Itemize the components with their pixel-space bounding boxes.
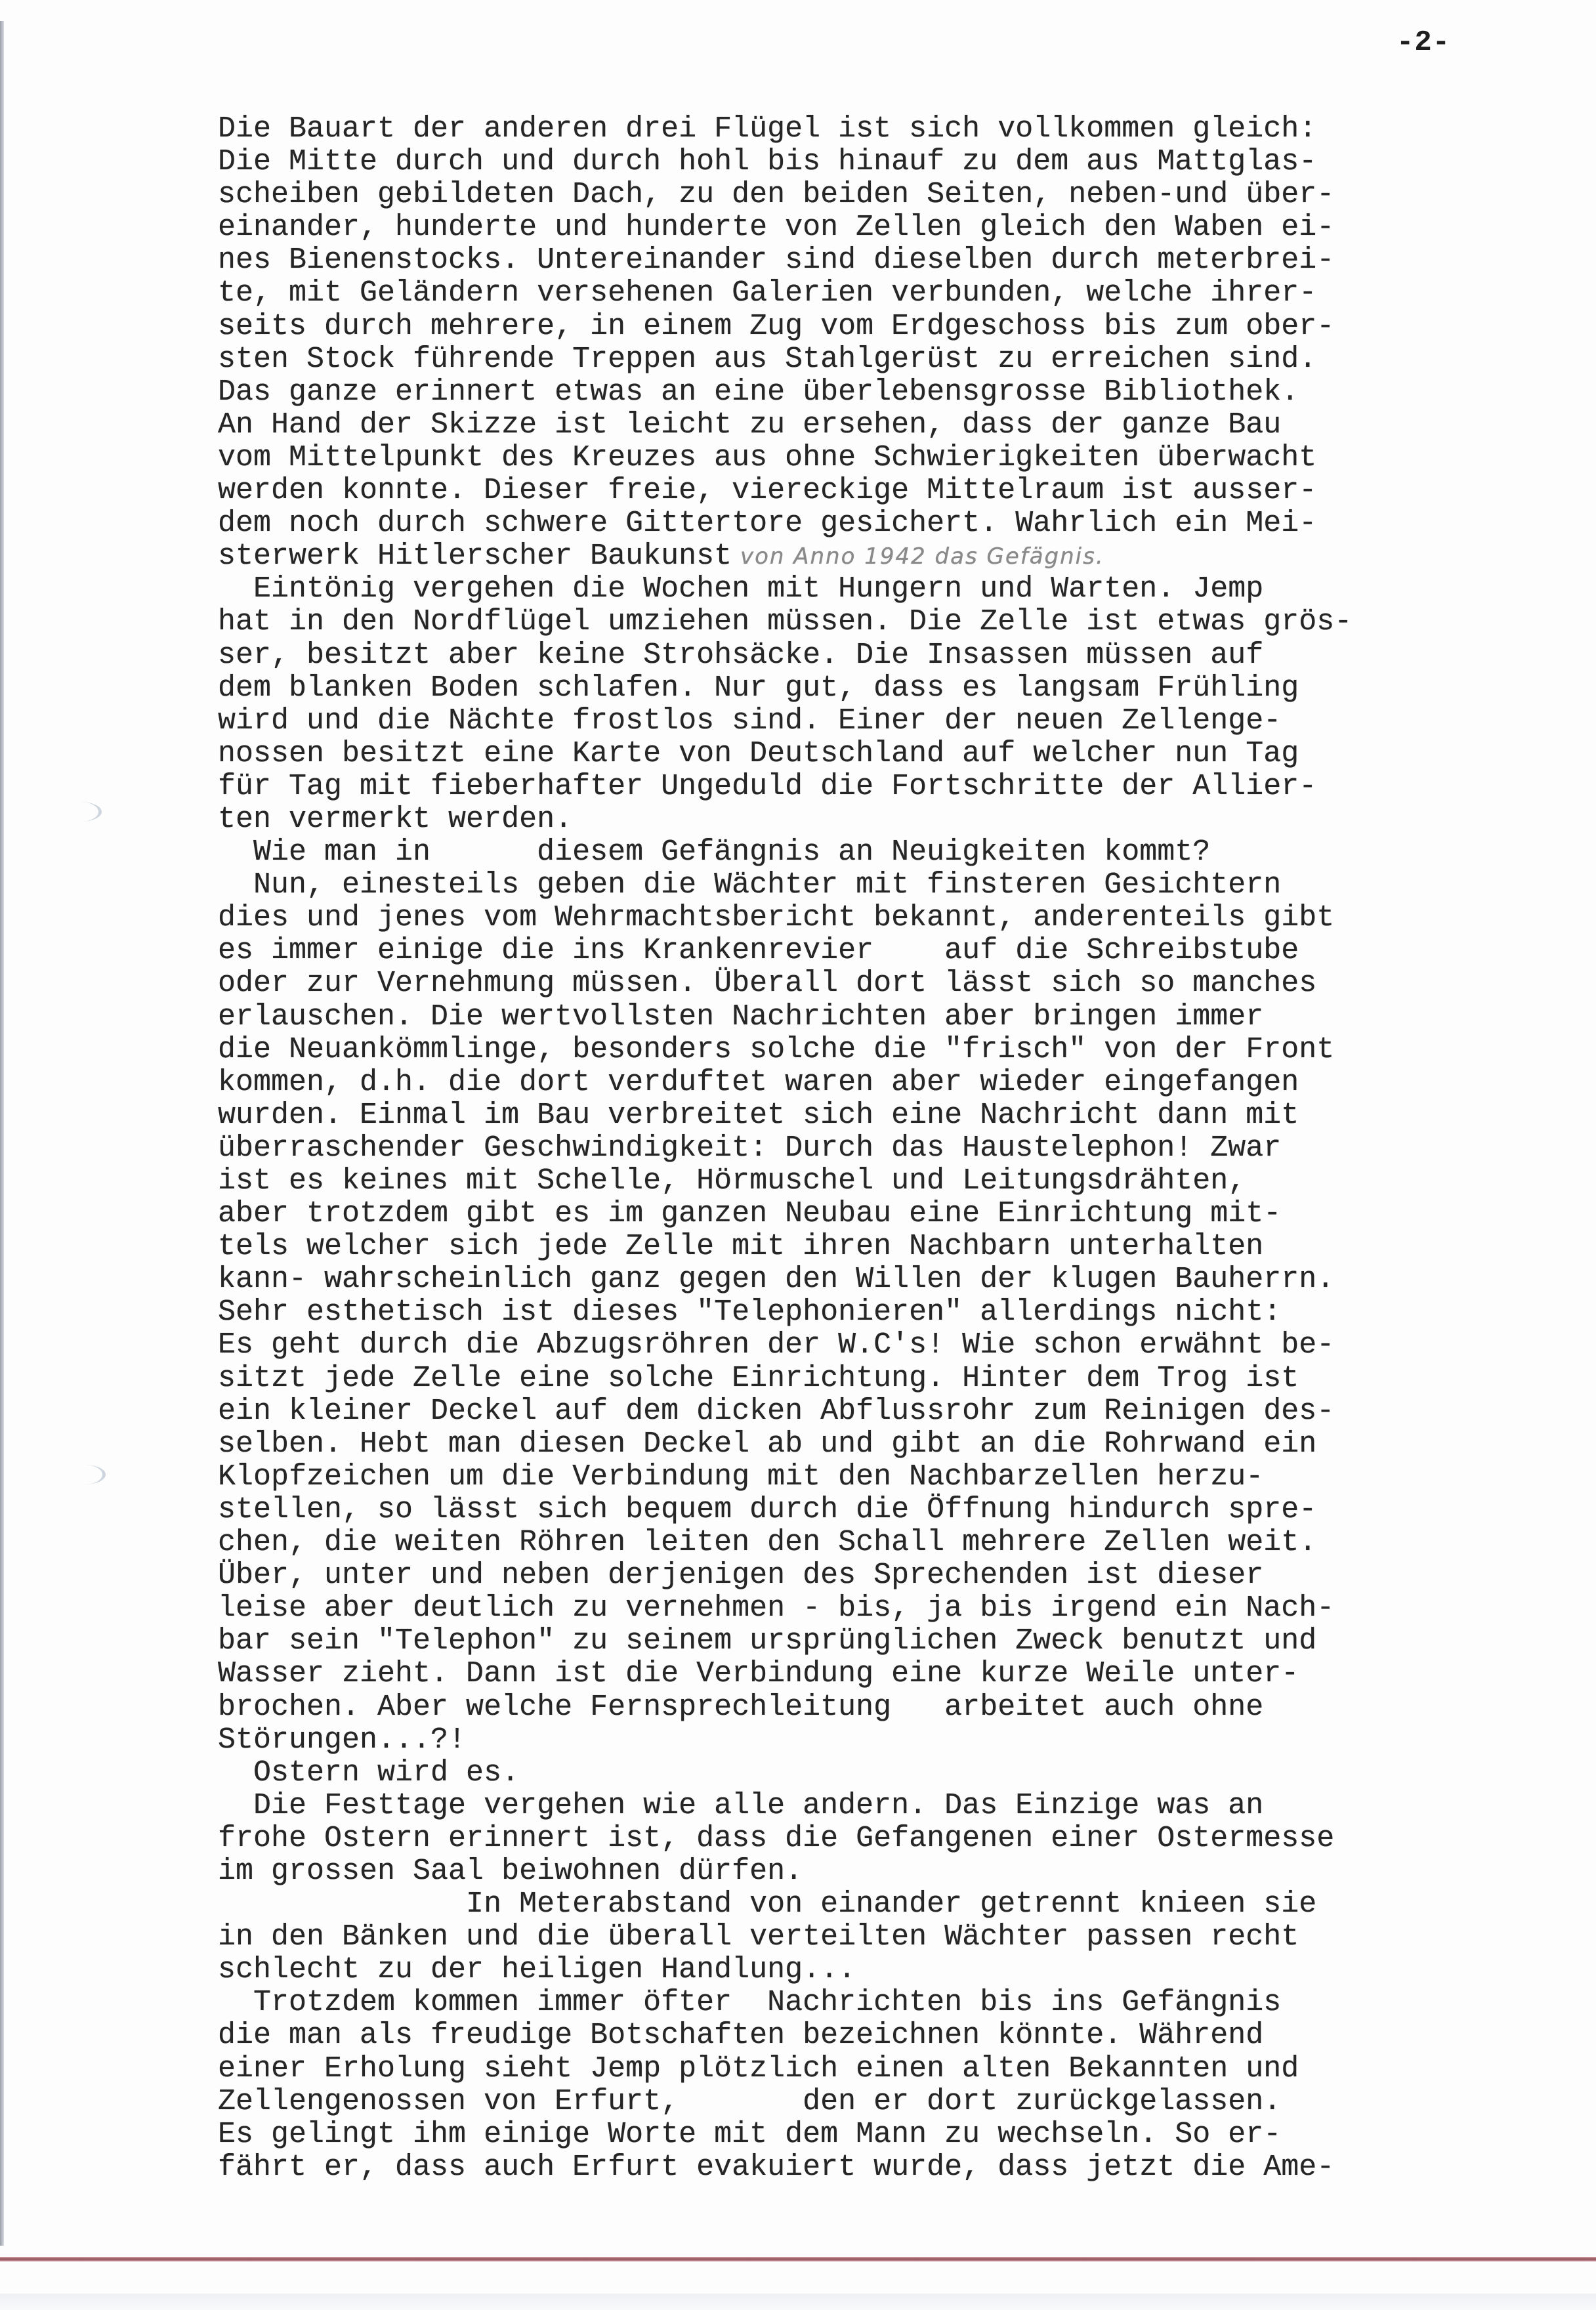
line-text: Wie man in diesem Gefängnis an Neuigkeit… xyxy=(218,835,1210,869)
text-line: erlauschen. Die wertvollsten Nachrichten… xyxy=(218,1001,1570,1034)
line-text: sitzt jede Zelle eine solche Einrichtung… xyxy=(218,1362,1299,1395)
line-text: nossen besitzt eine Karte von Deutschlan… xyxy=(218,737,1299,770)
text-line: sten Stock führende Treppen aus Stahlger… xyxy=(218,343,1570,376)
line-text: Es geht durch die Abzugsröhren der W.C's… xyxy=(218,1328,1334,1362)
line-text: Ostern wird es. xyxy=(218,1756,519,1790)
line-text: fährt er, dass auch Erfurt evakuiert wur… xyxy=(218,2151,1334,2184)
line-text: sterwerk Hitlerscher Baukunst xyxy=(218,539,732,573)
line-text: kann- wahrscheinlich ganz gegen den Will… xyxy=(218,1263,1334,1296)
text-line: bar sein "Telephon" zu seinem ursprüngli… xyxy=(218,1625,1570,1658)
line-text: wird und die Nächte frostlos sind. Einer… xyxy=(218,704,1281,738)
document-page: -2- Die Bauart der anderen drei Flügel i… xyxy=(0,0,1596,2310)
line-text: tels welcher sich jede Zelle mit ihren N… xyxy=(218,1230,1263,1263)
handwritten-annotation: von Anno 1942 das Gefägnis. xyxy=(732,543,1104,570)
text-line: chen, die weiten Röhren leiten den Schal… xyxy=(218,1526,1570,1559)
line-text: erlauschen. Die wertvollsten Nachrichten… xyxy=(218,1000,1263,1034)
line-text: Wasser zieht. Dann ist die Verbindung ei… xyxy=(218,1657,1299,1690)
line-text: für Tag mit fieberhafter Ungeduld die Fo… xyxy=(218,770,1316,803)
text-line: werden konnte. Dieser freie, viereckige … xyxy=(218,474,1570,507)
line-text: ist es keines mit Schelle, Hörmuschel un… xyxy=(218,1164,1246,1198)
text-line: einer Erholung sieht Jemp plötzlich eine… xyxy=(218,2053,1570,2086)
text-line: fährt er, dass auch Erfurt evakuiert wur… xyxy=(218,2151,1570,2184)
text-line: für Tag mit fieberhafter Ungeduld die Fo… xyxy=(218,770,1570,803)
text-line: sterwerk Hitlerscher Baukunst von Anno 1… xyxy=(218,540,1570,573)
text-line: seits durch mehrere, in einem Zug vom Er… xyxy=(218,310,1570,343)
text-line: in den Bänken und die überall verteilten… xyxy=(218,1921,1570,1954)
line-text: in den Bänken und die überall verteilten… xyxy=(218,1920,1299,1954)
text-line: nes Bienenstocks. Untereinander sind die… xyxy=(218,244,1570,277)
line-text: frohe Ostern erinnert ist, dass die Gefa… xyxy=(218,1822,1334,1855)
text-line: Wasser zieht. Dann ist die Verbindung ei… xyxy=(218,1658,1570,1690)
text-line: kann- wahrscheinlich ganz gegen den Will… xyxy=(218,1263,1570,1296)
text-line: Über, unter und neben derjenigen des Spr… xyxy=(218,1559,1570,1592)
line-text: die Neuankömmlinge, besonders solche die… xyxy=(218,1033,1334,1066)
line-text: bar sein "Telephon" zu seinem ursprüngli… xyxy=(218,1624,1316,1658)
line-text: aber trotzdem gibt es im ganzen Neubau e… xyxy=(218,1197,1281,1230)
text-line: vom Mittelpunkt des Kreuzes aus ohne Sch… xyxy=(218,442,1570,474)
text-line: wurden. Einmal im Bau verbreitet sich ei… xyxy=(218,1099,1570,1132)
text-line: Die Bauart der anderen drei Flügel ist s… xyxy=(218,113,1570,146)
text-line: Eintönig vergehen die Wochen mit Hungern… xyxy=(218,573,1570,606)
text-line: ser, besitzt aber keine Strohsäcke. Die … xyxy=(218,639,1570,672)
text-line: wird und die Nächte frostlos sind. Einer… xyxy=(218,705,1570,738)
line-text: sten Stock führende Treppen aus Stahlger… xyxy=(218,343,1316,376)
line-text: wurden. Einmal im Bau verbreitet sich ei… xyxy=(218,1099,1299,1132)
line-text: Über, unter und neben derjenigen des Spr… xyxy=(218,1559,1263,1592)
line-text: An Hand der Skizze ist leicht zu ersehen… xyxy=(218,408,1281,442)
text-line: frohe Ostern erinnert ist, dass die Gefa… xyxy=(218,1822,1570,1855)
line-text: ser, besitzt aber keine Strohsäcke. Die … xyxy=(218,639,1263,672)
line-text: selben. Hebt man diesen Deckel ab und gi… xyxy=(218,1427,1316,1461)
text-line: Es gelingt ihm einige Worte mit dem Mann… xyxy=(218,2118,1570,2151)
line-text: Klopfzeichen um die Verbindung mit den N… xyxy=(218,1460,1263,1494)
line-text: im grossen Saal beiwohnen dürfen. xyxy=(218,1855,803,1888)
text-line: Trotzdem kommen immer öfter Nachrichten … xyxy=(218,1986,1570,2019)
text-line: te, mit Geländern versehenen Galerien ve… xyxy=(218,277,1570,310)
line-text: Zellengenossen von Erfurt, den er dort z… xyxy=(218,2085,1281,2118)
line-text: einander, hunderte und hunderte von Zell… xyxy=(218,211,1334,244)
text-line: dem noch durch schwere Gittertore gesich… xyxy=(218,507,1570,540)
line-text: scheiben gebildeten Dach, zu den beiden … xyxy=(218,178,1334,211)
typewritten-body: Die Bauart der anderen drei Flügel ist s… xyxy=(218,113,1570,2184)
line-text: leise aber deutlich zu vernehmen - bis, … xyxy=(218,1591,1334,1625)
text-line: ten vermerkt werden. xyxy=(218,803,1570,836)
line-text: te, mit Geländern versehenen Galerien ve… xyxy=(218,276,1316,310)
text-line: dem blanken Boden schlafen. Nur gut, das… xyxy=(218,672,1570,705)
text-line: im grossen Saal beiwohnen dürfen. xyxy=(218,1855,1570,1888)
text-line: stellen, so lässt sich bequem durch die … xyxy=(218,1494,1570,1526)
line-text: ten vermerkt werden. xyxy=(218,803,572,836)
line-text: oder zur Vernehmung müssen. Überall dort… xyxy=(218,967,1316,1000)
line-text: seits durch mehrere, in einem Zug vom Er… xyxy=(218,310,1334,343)
text-line: selben. Hebt man diesen Deckel ab und gi… xyxy=(218,1428,1570,1461)
line-text: Eintönig vergehen die Wochen mit Hungern… xyxy=(218,572,1263,606)
line-text: die man als freudige Botschaften bezeich… xyxy=(218,2019,1263,2052)
text-line: An Hand der Skizze ist leicht zu ersehen… xyxy=(218,409,1570,442)
text-line: Wie man in diesem Gefängnis an Neuigkeit… xyxy=(218,836,1570,869)
line-text: stellen, so lässt sich bequem durch die … xyxy=(218,1493,1316,1526)
red-margin-rule xyxy=(0,2257,1596,2261)
line-text: dem blanken Boden schlafen. Nur gut, das… xyxy=(218,671,1299,705)
text-line: Ostern wird es. xyxy=(218,1757,1570,1790)
line-text: Das ganze erinnert etwas an eine überleb… xyxy=(218,375,1299,409)
line-text: schlecht zu der heiligen Handlung... xyxy=(218,1953,856,1986)
line-text: werden konnte. Dieser freie, viereckige … xyxy=(218,474,1316,507)
text-line: tels welcher sich jede Zelle mit ihren N… xyxy=(218,1230,1570,1263)
text-line: scheiben gebildeten Dach, zu den beiden … xyxy=(218,178,1570,211)
text-line: die Neuankömmlinge, besonders solche die… xyxy=(218,1034,1570,1066)
line-text: In Meterabstand von einander getrennt kn… xyxy=(218,1887,1316,1921)
line-text: Nun, einesteils geben die Wächter mit fi… xyxy=(218,868,1281,902)
text-line: hat in den Nordflügel umziehen müssen. D… xyxy=(218,606,1570,639)
text-line: Nun, einesteils geben die Wächter mit fi… xyxy=(218,869,1570,902)
line-text: kommen, d.h. die dort verduftet waren ab… xyxy=(218,1066,1299,1099)
line-text: hat in den Nordflügel umziehen müssen. D… xyxy=(218,605,1352,639)
line-text: Es gelingt ihm einige Worte mit dem Mann… xyxy=(218,2118,1281,2151)
text-line: Es geht durch die Abzugsröhren der W.C's… xyxy=(218,1329,1570,1362)
text-line: Sehr esthetisch ist dieses "Telephoniere… xyxy=(218,1296,1570,1329)
text-line: die man als freudige Botschaften bezeich… xyxy=(218,2019,1570,2052)
line-text: Die Bauart der anderen drei Flügel ist s… xyxy=(218,112,1316,146)
text-line: nossen besitzt eine Karte von Deutschlan… xyxy=(218,738,1570,770)
line-text: nes Bienenstocks. Untereinander sind die… xyxy=(218,243,1334,277)
scan-left-edge xyxy=(0,21,4,2246)
text-line: brochen. Aber welche Fernsprechleitung a… xyxy=(218,1691,1570,1724)
line-text: brochen. Aber welche Fernsprechleitung a… xyxy=(218,1690,1263,1724)
line-text: ein kleiner Deckel auf dem dicken Abflus… xyxy=(218,1395,1334,1428)
line-text: dem noch durch schwere Gittertore gesich… xyxy=(218,507,1316,540)
text-line: leise aber deutlich zu vernehmen - bis, … xyxy=(218,1592,1570,1625)
punch-hole-shadow xyxy=(59,802,102,822)
text-line: Die Mitte durch und durch hohl bis hinau… xyxy=(218,146,1570,178)
text-line: überraschender Geschwindigkeit: Durch da… xyxy=(218,1132,1570,1165)
text-line: In Meterabstand von einander getrennt kn… xyxy=(218,1888,1570,1921)
text-line: Störungen...?! xyxy=(218,1724,1570,1757)
text-line: einander, hunderte und hunderte von Zell… xyxy=(218,211,1570,244)
line-text: vom Mittelpunkt des Kreuzes aus ohne Sch… xyxy=(218,441,1316,474)
line-text: chen, die weiten Röhren leiten den Schal… xyxy=(218,1526,1316,1559)
line-text: Die Festtage vergehen wie alle andern. D… xyxy=(218,1789,1263,1822)
line-text: Trotzdem kommen immer öfter Nachrichten … xyxy=(218,1986,1281,2019)
line-text: Störungen...?! xyxy=(218,1723,466,1757)
line-text: einer Erholung sieht Jemp plötzlich eine… xyxy=(218,2052,1299,2086)
text-line: oder zur Vernehmung müssen. Überall dort… xyxy=(218,967,1570,1000)
line-text: Die Mitte durch und durch hohl bis hinau… xyxy=(218,145,1316,178)
text-line: schlecht zu der heiligen Handlung... xyxy=(218,1954,1570,1986)
text-line: es immer einige die ins Krankenrevier au… xyxy=(218,934,1570,967)
text-line: Zellengenossen von Erfurt, den er dort z… xyxy=(218,2086,1570,2118)
text-line: Das ganze erinnert etwas an eine überleb… xyxy=(218,376,1570,409)
line-text: es immer einige die ins Krankenrevier au… xyxy=(218,934,1299,967)
line-text: dies und jenes vom Wehrmachtsbericht bek… xyxy=(218,901,1334,934)
text-line: dies und jenes vom Wehrmachtsbericht bek… xyxy=(218,902,1570,934)
text-line: Die Festtage vergehen wie alle andern. D… xyxy=(218,1790,1570,1822)
line-text: überraschender Geschwindigkeit: Durch da… xyxy=(218,1131,1281,1165)
text-line: Klopfzeichen um die Verbindung mit den N… xyxy=(218,1461,1570,1494)
text-line: kommen, d.h. die dort verduftet waren ab… xyxy=(218,1066,1570,1099)
text-line: sitzt jede Zelle eine solche Einrichtung… xyxy=(218,1362,1570,1395)
text-line: aber trotzdem gibt es im ganzen Neubau e… xyxy=(218,1198,1570,1230)
page-number: -2- xyxy=(1396,26,1450,59)
line-text: Sehr esthetisch ist dieses "Telephoniere… xyxy=(218,1295,1281,1329)
scan-bottom-edge xyxy=(0,2294,1596,2310)
text-line: ein kleiner Deckel auf dem dicken Abflus… xyxy=(218,1395,1570,1428)
punch-hole-shadow xyxy=(63,1465,106,1484)
text-line: ist es keines mit Schelle, Hörmuschel un… xyxy=(218,1165,1570,1198)
